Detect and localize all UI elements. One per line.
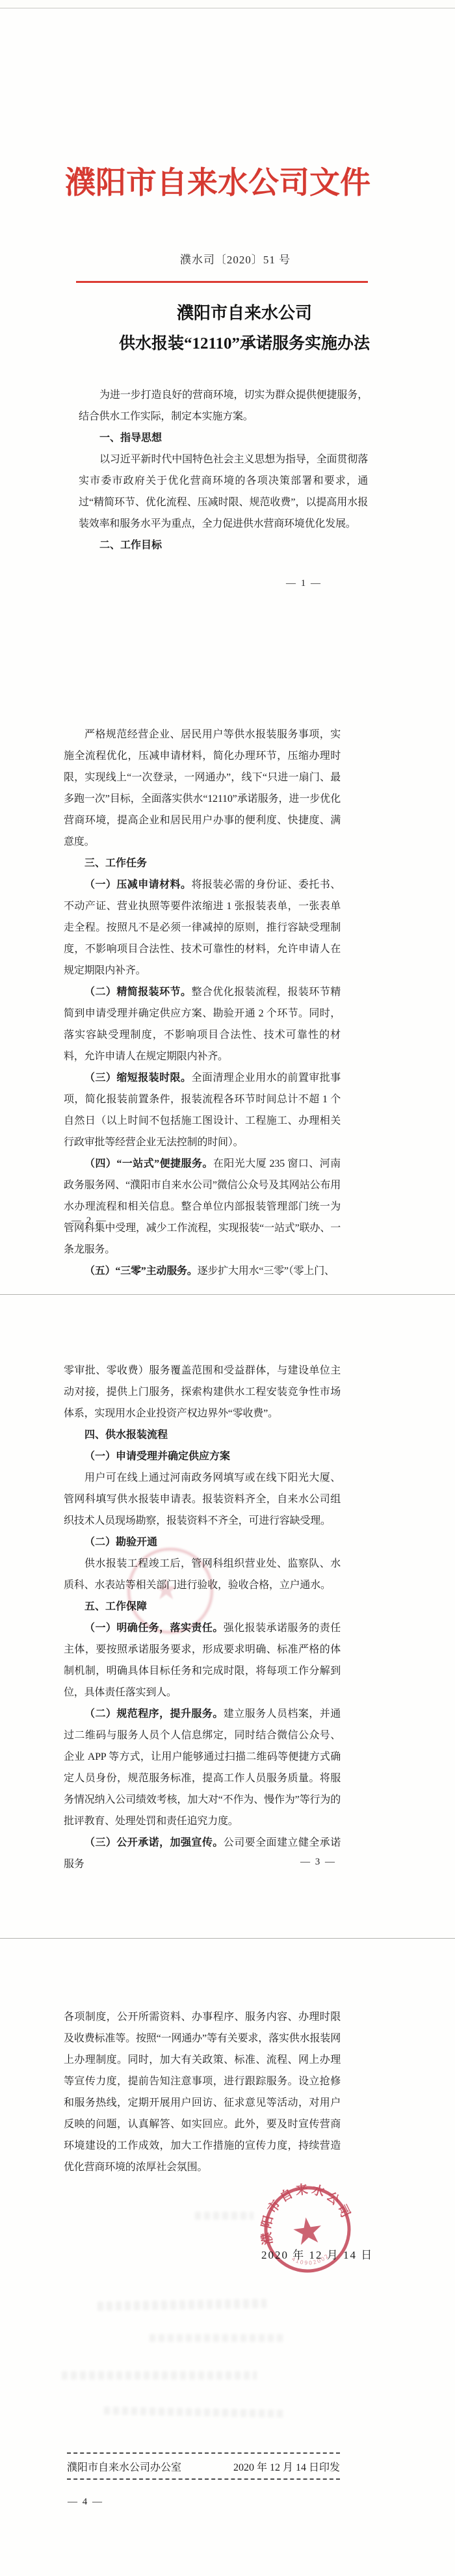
section-heading: 三、工作任务 [64,853,341,874]
page-number: — 4 — [68,2497,103,2508]
bleed-through-artifact [97,2299,266,2311]
numbered-item: （四）“一站式”便捷服务。在阳光大厦 235 窗口、河南政务服务网、“濮阳市自来… [64,1153,341,1260]
bleed-through-artifact [104,2407,286,2418]
page-3-body: 零审批、零收费）服务覆盖范围和受益群体，与建设单位主动对接，提供上门服务，探索构… [64,1360,341,1875]
numbered-item: （三）缩短报装时限。全面清理企业用水的前置审批事项，简化报装前置条件，报装流程各… [64,1067,341,1153]
paragraph: 用户可在线上通过河南政务网填写或在线下阳光大厦、管网科填写供水报装申请表。报装资… [64,1467,341,1532]
paragraph: 供水报装工程竣工后，管网科组织营业处、监察队、水质科、水表站等相关部门进行验收，… [64,1553,341,1596]
page-4: 各项制度，公开所需资料、办事程序、服务内容、办理时限及收费标准等。按照“一网通办… [0,1939,455,2576]
item-text: 在阳光大厦 235 窗口、河南政务服务网、“濮阳市自来水公司”微信公众号及其网站… [64,1158,341,1255]
item-lead: （二）规范程序，提升服务。 [84,1708,224,1720]
numbered-item: （一）压减申请材料。将报装必需的身份证、委托书、不动产证、营业执照等要件浓缩进 … [64,874,341,981]
bleed-through-artifact [149,2334,286,2342]
document-number: 濮水司〔2020〕51 号 [118,250,352,267]
document-org-title: 濮阳市自来水公司文件 [65,165,364,202]
print-date: 2020 年 12 月 14 日印发 [233,2459,340,2474]
distribution-footer: 濮阳市自来水公司办公室 2020 年 12 月 14 日印发 [67,2452,340,2480]
item-text: 全面清理企业用水的前置审批事项，简化报装前置条件，报装流程各环节时间总计不超 1… [64,1072,341,1148]
item-lead: （一）明确任务，落实责任。 [84,1623,224,1634]
page-number: — 2 — [71,1215,107,1227]
numbered-item: （五）“三零”主动服务。逐步扩大用水“三零”（零上门、 [64,1260,341,1282]
item-lead: （二）精简报装环节。 [84,987,191,998]
paragraph: 严格规范经营企业、居民用户等供水报装服务事项，实施全流程优化，压减申请材料，简化… [64,724,341,853]
scanned-document: 濮阳市自来水公司文件 濮水司〔2020〕51 号 濮阳市自来水公司 供水报装“1… [0,0,455,2576]
item-lead: （五）“三零”主动服务。 [84,1266,198,1277]
item-lead: （一）压减申请材料。 [84,879,191,890]
section-heading: 二、工作目标 [79,535,368,556]
sub-heading: （二）勘验开通 [64,1532,341,1553]
bleed-through-artifact [62,2371,257,2380]
item-text: 强化报装承诺服务的责任主体，要按照承诺服务要求，形成要求明确、标准严格的体制机制… [64,1623,341,1698]
numbered-item: （一）明确任务，落实责任。强化报装承诺服务的责任主体，要按照承诺服务要求，形成要… [64,1617,341,1703]
document-title-line2: 供水报装“12110”承诺服务实施办法 [101,333,387,355]
page-3: ★ 零审批、零收费）服务覆盖范围和受益群体，与建设单位主动对接，提供上门服务，探… [0,1295,455,1939]
document-title-line1: 濮阳市自来水公司 [101,302,387,325]
paragraph: 为进一步打造良好的营商环境，切实为群众提供便捷服务，结合供水工作实际，制定本实施… [79,384,368,427]
item-lead: （四）“一站式”便捷服务。 [84,1158,213,1169]
page-1-body: 为进一步打造良好的营商环境，切实为群众提供便捷服务，结合供水工作实际，制定本实施… [79,384,368,556]
document-title: 濮阳市自来水公司 供水报装“12110”承诺服务实施办法 [101,302,387,355]
section-heading: 四、供水报装流程 [64,1424,341,1446]
page-1: 濮阳市自来水公司文件 濮水司〔2020〕51 号 濮阳市自来水公司 供水报装“1… [0,8,455,652]
numbered-item: （二）精简报装环节。整合优化报装流程，报装环节精简到申请受理并确定供应方案、勘验… [64,981,341,1067]
official-red-seal: 濮阳市自来水公司 ★ 410902002 [252,2174,362,2284]
page-2-body: 严格规范经营企业、居民用户等供水报装服务事项，实施全流程优化，压减申请材料，简化… [64,724,341,1282]
section-heading: 五、工作保障 [64,1596,341,1617]
item-lead: （三）公开承诺，加强宣传。 [84,1837,224,1848]
sub-heading: （一）申请受理并确定供应方案 [64,1446,341,1467]
page-4-body: 各项制度，公开所需资料、办事程序、服务内容、办理时限及收费标准等。按照“一网通办… [64,2006,341,2178]
item-text: 建立服务人员档案，并通过二维码与服务人员个人信息绑定，同时结合微信公众号、企业 … [64,1708,341,1827]
item-text: 逐步扩大用水“三零”（零上门、 [198,1266,335,1277]
red-divider-rule [76,281,368,283]
page-2: 严格规范经营企业、居民用户等供水报装服务事项，实施全流程优化，压减申请材料，简化… [0,651,455,1295]
issuing-office: 濮阳市自来水公司办公室 [67,2459,181,2474]
page-number: — 1 — [286,578,322,589]
issue-date: 2020 年 12 月 14 日 [261,2246,373,2262]
numbered-item: （三）公开承诺，加强宣传。公司要全面建立健全承诺服务 [64,1832,341,1875]
item-text: 将报装必需的身份证、委托书、不动产证、营业执照等要件浓缩进 1 张报装表单，一张… [64,879,341,976]
item-text: 整合优化报装流程，报装环节精简到申请受理并确定供应方案、勘验开通 2 个环节。同… [64,987,341,1062]
numbered-item: （二）规范程序，提升服务。建立服务人员档案，并通过二维码与服务人员个人信息绑定，… [64,1703,341,1832]
bleed-through-artifact [195,2212,253,2220]
paragraph-continuation: 各项制度，公开所需资料、办事程序、服务内容、办理时限及收费标准等。按照“一网通办… [64,2006,341,2178]
section-heading: 一、指导思想 [79,427,368,449]
item-lead: （三）缩短报装时限。 [84,1072,191,1083]
paragraph-continuation: 零审批、零收费）服务覆盖范围和受益群体，与建设单位主动对接，提供上门服务，探索构… [64,1360,341,1424]
paragraph: 以习近平新时代中国特色社会主义思想为指导，全面贯彻落实市委市政府关于优化营商环境… [79,449,368,535]
page-number: — 3 — [300,1857,336,1868]
